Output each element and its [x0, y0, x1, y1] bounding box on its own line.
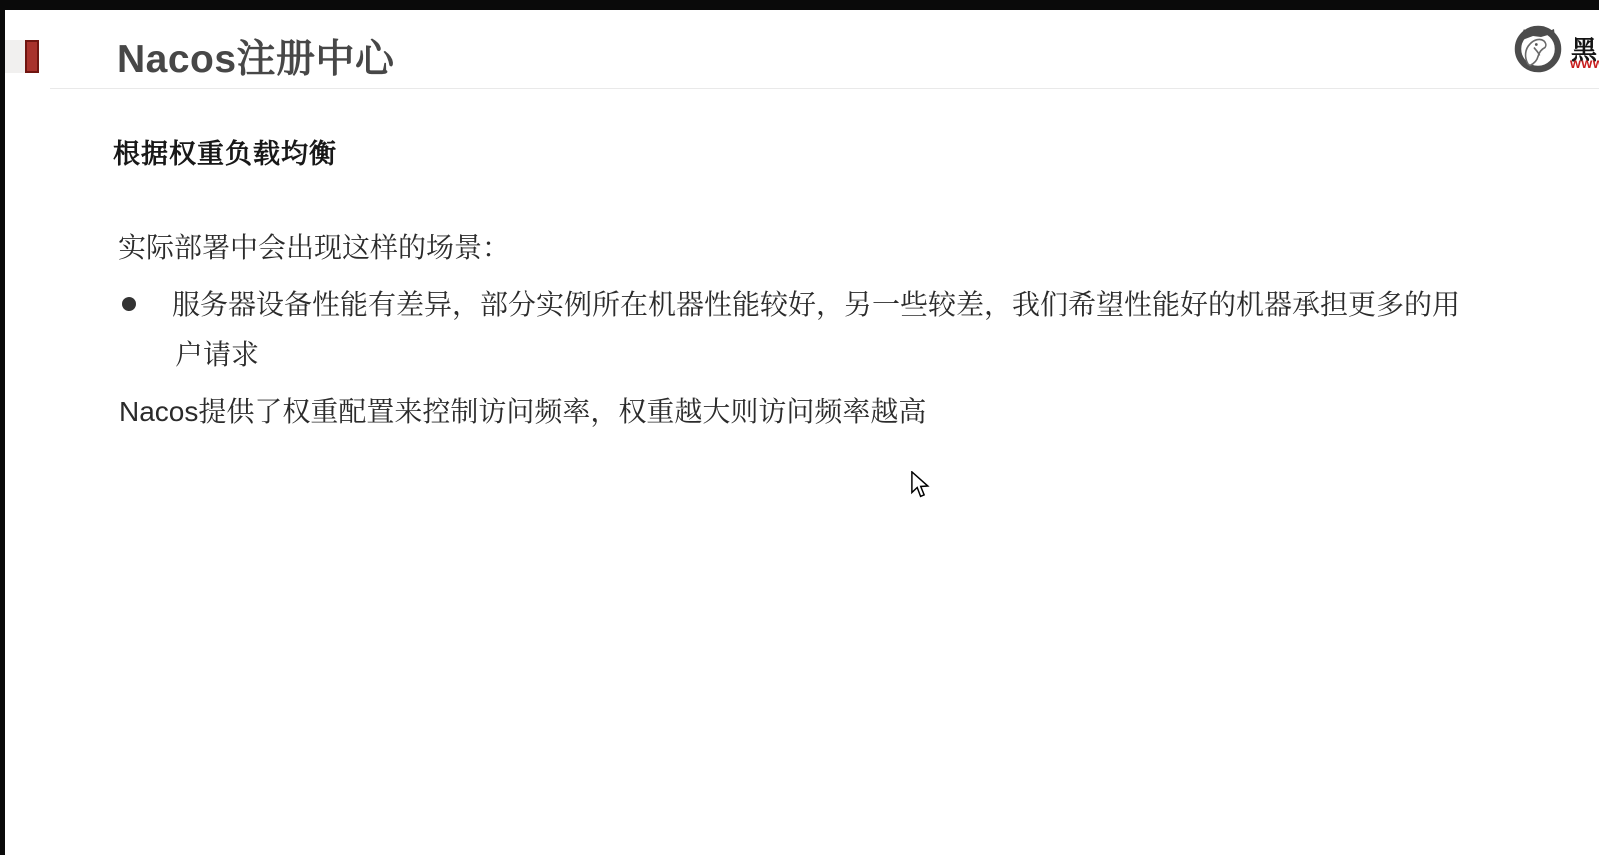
- conclusion-text: Nacos提供了权重配置来控制访问频率，权重越大则访问频率越高: [119, 390, 926, 430]
- title-accent-red-bar: [25, 40, 39, 73]
- title-divider-line: [50, 88, 1599, 89]
- mouse-cursor-icon: [910, 471, 930, 504]
- bullet-item: 服务器设备性能有差异，部分实例所在机器性能较好，另一些较差，我们希望性能好的机器…: [122, 288, 1502, 388]
- bullet-text: 服务器设备性能有差异，部分实例所在机器性能较好，另一些较差，我们希望性能好的机器…: [172, 288, 1502, 388]
- top-frame-bar: [0, 0, 1599, 10]
- brand-url-text: www: [1570, 55, 1599, 71]
- presentation-slide: { "window": { "width": 1599, "height": 8…: [0, 0, 1599, 855]
- section-subtitle: 根据权重负载均衡: [113, 132, 337, 171]
- bullet-marker-icon: [122, 297, 136, 311]
- left-frame-bar: [0, 0, 5, 855]
- intro-text: 实际部署中会出现这样的场景：: [118, 226, 510, 266]
- bullet-text-line-1: 服务器设备性能有差异，部分实例所在机器性能较好，另一些较差，我们希望性能好的机器…: [172, 288, 1502, 338]
- bullet-text-line-2: 户请求: [172, 338, 1502, 388]
- page-title: Nacos注册中心: [117, 28, 395, 84]
- brand-logo: 黑 www: [1512, 22, 1599, 78]
- horse-logo-icon: [1512, 22, 1565, 79]
